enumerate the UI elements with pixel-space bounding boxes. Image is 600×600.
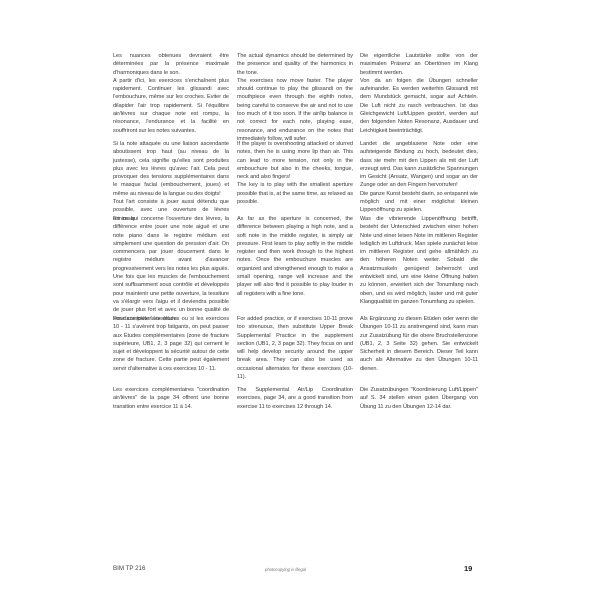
paragraph: The actual dynamics should be determined… (237, 52, 353, 77)
paragraph: The exercises now move faster. The playe… (237, 77, 353, 143)
paragraph-block-2: If the player is overshooting attacked o… (237, 140, 353, 206)
paragraph-block-4: Pour compléter les études ou si les exer… (113, 315, 229, 373)
paragraph: Die Zusatzübungen "Koordinierung Luft/Li… (360, 386, 478, 411)
paragraph-block-4: For added practice, or if exercises 10-1… (237, 315, 353, 381)
footer-copyright-notice: photocopying is illegal (265, 567, 306, 572)
paragraph: Les nuances obtenues devraient être déte… (113, 52, 229, 77)
paragraph: Als Ergänzung zu diesen Etüden oder wenn… (360, 315, 478, 373)
paragraph-block-3: Was die vibrierende Lippenöffnung betrif… (360, 215, 478, 306)
paragraph: For added practice, or if exercises 10-1… (237, 315, 353, 381)
paragraph: If the player is overshooting attacked o… (237, 140, 353, 181)
paragraph: A partir d'ici, les exercices s'enchaîne… (113, 77, 229, 135)
paragraph: Von da an folgen die Übungen schneller a… (360, 77, 478, 135)
page-number: 19 (464, 564, 472, 573)
paragraph: Pour compléter les études ou si les exer… (113, 315, 229, 373)
paragraph: Les exercices complémentaires "coordinat… (113, 386, 229, 411)
paragraph-block-5: Die Zusatzübungen "Koordinierung Luft/Li… (360, 386, 478, 411)
paragraph-block-5: The Supplemental Air/Lip Coordination ex… (237, 386, 353, 411)
paragraph-block-3: En ce qui concerne l'ouverture des lèvre… (113, 215, 229, 323)
paragraph-block-1: Die eigentliche Lautstärke sollte von de… (360, 52, 478, 135)
paragraph: Die eigentliche Lautstärke sollte von de… (360, 52, 478, 77)
paragraph: Die ganze Kunst besteht darin, so entspa… (360, 190, 478, 215)
paragraph: Si la note attaquée ou une liaison ascen… (113, 140, 229, 198)
paragraph-block-5: Les exercices complémentaires "coordinat… (113, 386, 229, 411)
paragraph-block-2: Si la note attaquée ou une liaison ascen… (113, 140, 229, 223)
paragraph-block-4: Als Ergänzung zu diesen Etüden oder wenn… (360, 315, 478, 373)
paragraph: The Supplemental Air/Lip Coordination ex… (237, 386, 353, 411)
paragraph-block-1: The actual dynamics should be determined… (237, 52, 353, 143)
paragraph: En ce qui concerne l'ouverture des lèvre… (113, 215, 229, 323)
paragraph-block-2: Landet die angeblasene Note oder eine au… (360, 140, 478, 215)
paragraph: As far as the aperture is concerned, the… (237, 215, 353, 298)
footer-catalog-number: BIM TP 216 (113, 565, 145, 572)
paragraph-block-1: Les nuances obtenues devraient être déte… (113, 52, 229, 135)
paragraph: Landet die angeblasene Note oder eine au… (360, 140, 478, 190)
paragraph-block-3: As far as the aperture is concerned, the… (237, 215, 353, 298)
paragraph: Was die vibrierende Lippenöffnung betrif… (360, 215, 478, 306)
paragraph: The key is to play with the smallest ape… (237, 181, 353, 206)
